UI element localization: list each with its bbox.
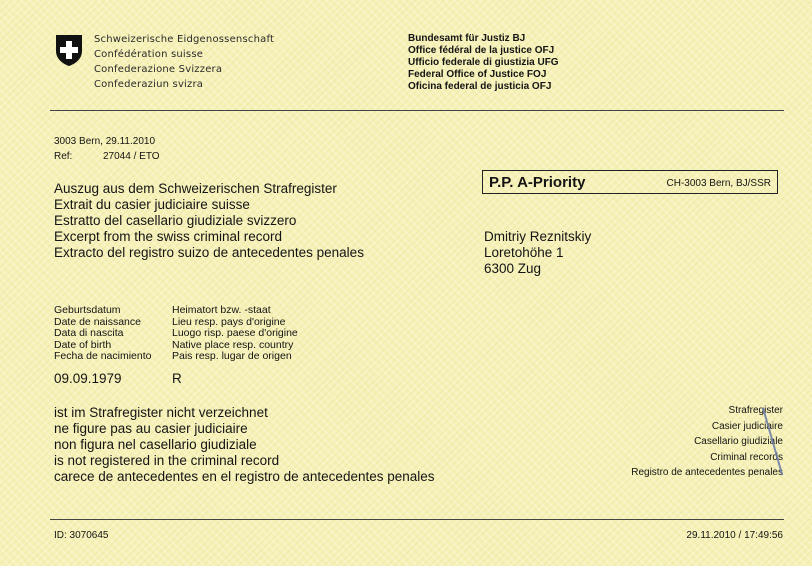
confederation-names: Schweizerische Eidgenossenschaft Confédé… bbox=[94, 32, 274, 92]
postage-address: CH-3003 Bern, BJ/SSR bbox=[667, 178, 772, 189]
record-status: ist im Strafregister nicht verzeichnet n… bbox=[54, 405, 435, 485]
place-date: 3003 Bern, 29.11.2010 bbox=[54, 134, 155, 149]
recipient-name: Dmitriy Reznitskiy bbox=[484, 229, 591, 245]
title-line: Auszug aus dem Schweizerischen Strafregi… bbox=[54, 181, 364, 197]
confederation-line: Schweizerische Eidgenossenschaft bbox=[94, 32, 274, 47]
recipient-city: 6300 Zug bbox=[484, 261, 591, 277]
title-line: Estratto del casellario giudiziale svizz… bbox=[54, 213, 364, 229]
status-line: is not registered in the criminal record bbox=[54, 453, 435, 469]
confederation-line: Confédération suisse bbox=[94, 47, 274, 62]
office-line: Oficina federal de justicia OFJ bbox=[408, 81, 559, 93]
origin-label: Pais resp. lugar de origen bbox=[172, 351, 298, 363]
dob-labels: Geburtsdatum Date de naissance Data di n… bbox=[54, 305, 151, 363]
signature-line: Registro de antecedentes penales bbox=[631, 465, 783, 481]
signature-line: Criminal records bbox=[631, 450, 783, 466]
office-names: Bundesamt für Justiz BJ Office fédéral d… bbox=[408, 33, 559, 93]
origin-value: R bbox=[172, 371, 182, 386]
document-title: Auszug aus dem Schweizerischen Strafregi… bbox=[54, 181, 364, 261]
dob-label: Geburtsdatum bbox=[54, 305, 151, 317]
title-line: Extrait du casier judiciaire suisse bbox=[54, 197, 364, 213]
postage-box: P.P. A-Priority CH-3003 Bern, BJ/SSR bbox=[482, 170, 778, 194]
header-divider bbox=[50, 110, 784, 111]
signature-line: Casellario giudiziale bbox=[631, 434, 783, 450]
office-line: Federal Office of Justice FOJ bbox=[408, 69, 559, 81]
origin-labels: Heimatort bzw. -staat Lieu resp. pays d'… bbox=[172, 305, 298, 363]
swiss-crest-icon bbox=[54, 33, 84, 67]
dob-value: 09.09.1979 bbox=[54, 371, 122, 386]
dob-label: Fecha de nacimiento bbox=[54, 351, 151, 363]
postage-title: P.P. A-Priority bbox=[489, 174, 585, 191]
office-line: Office fédéral de la justice OFJ bbox=[408, 45, 559, 57]
issue-datetime: 29.11.2010 / 17:49:56 bbox=[686, 530, 783, 541]
office-line: Bundesamt für Justiz BJ bbox=[408, 33, 559, 45]
document-id: ID: 3070645 bbox=[54, 530, 109, 541]
dob-label: Data di nascita bbox=[54, 328, 151, 340]
title-line: Extracto del registro suizo de anteceden… bbox=[54, 245, 364, 261]
title-line: Excerpt from the swiss criminal record bbox=[54, 229, 364, 245]
status-line: ist im Strafregister nicht verzeichnet bbox=[54, 405, 435, 421]
office-line: Ufficio federale di giustizia UFG bbox=[408, 57, 559, 69]
signature-line: Casier judiciaire bbox=[631, 419, 783, 435]
footer-divider bbox=[50, 519, 784, 520]
status-line: ne figure pas au casier judiciaire bbox=[54, 421, 435, 437]
signature-line: Strafregister bbox=[631, 403, 783, 419]
recipient-street: Loretohöhe 1 bbox=[484, 245, 591, 261]
ref-label: Ref: bbox=[54, 149, 72, 164]
recipient-address: Dmitriy Reznitskiy Loretohöhe 1 6300 Zug bbox=[484, 229, 591, 277]
origin-label: Heimatort bzw. -staat bbox=[172, 305, 298, 317]
status-line: carece de antecedentes en el registro de… bbox=[54, 469, 435, 485]
origin-label: Luogo risp. paese d'origine bbox=[172, 328, 298, 340]
ref-value: 27044 / ETO bbox=[103, 149, 160, 164]
confederation-line: Confederaziun svizra bbox=[94, 77, 274, 92]
confederation-line: Confederazione Svizzera bbox=[94, 62, 274, 77]
status-line: non figura nel casellario giudiziale bbox=[54, 437, 435, 453]
issuer-signature-block: Strafregister Casier judiciaire Casellar… bbox=[631, 403, 783, 481]
